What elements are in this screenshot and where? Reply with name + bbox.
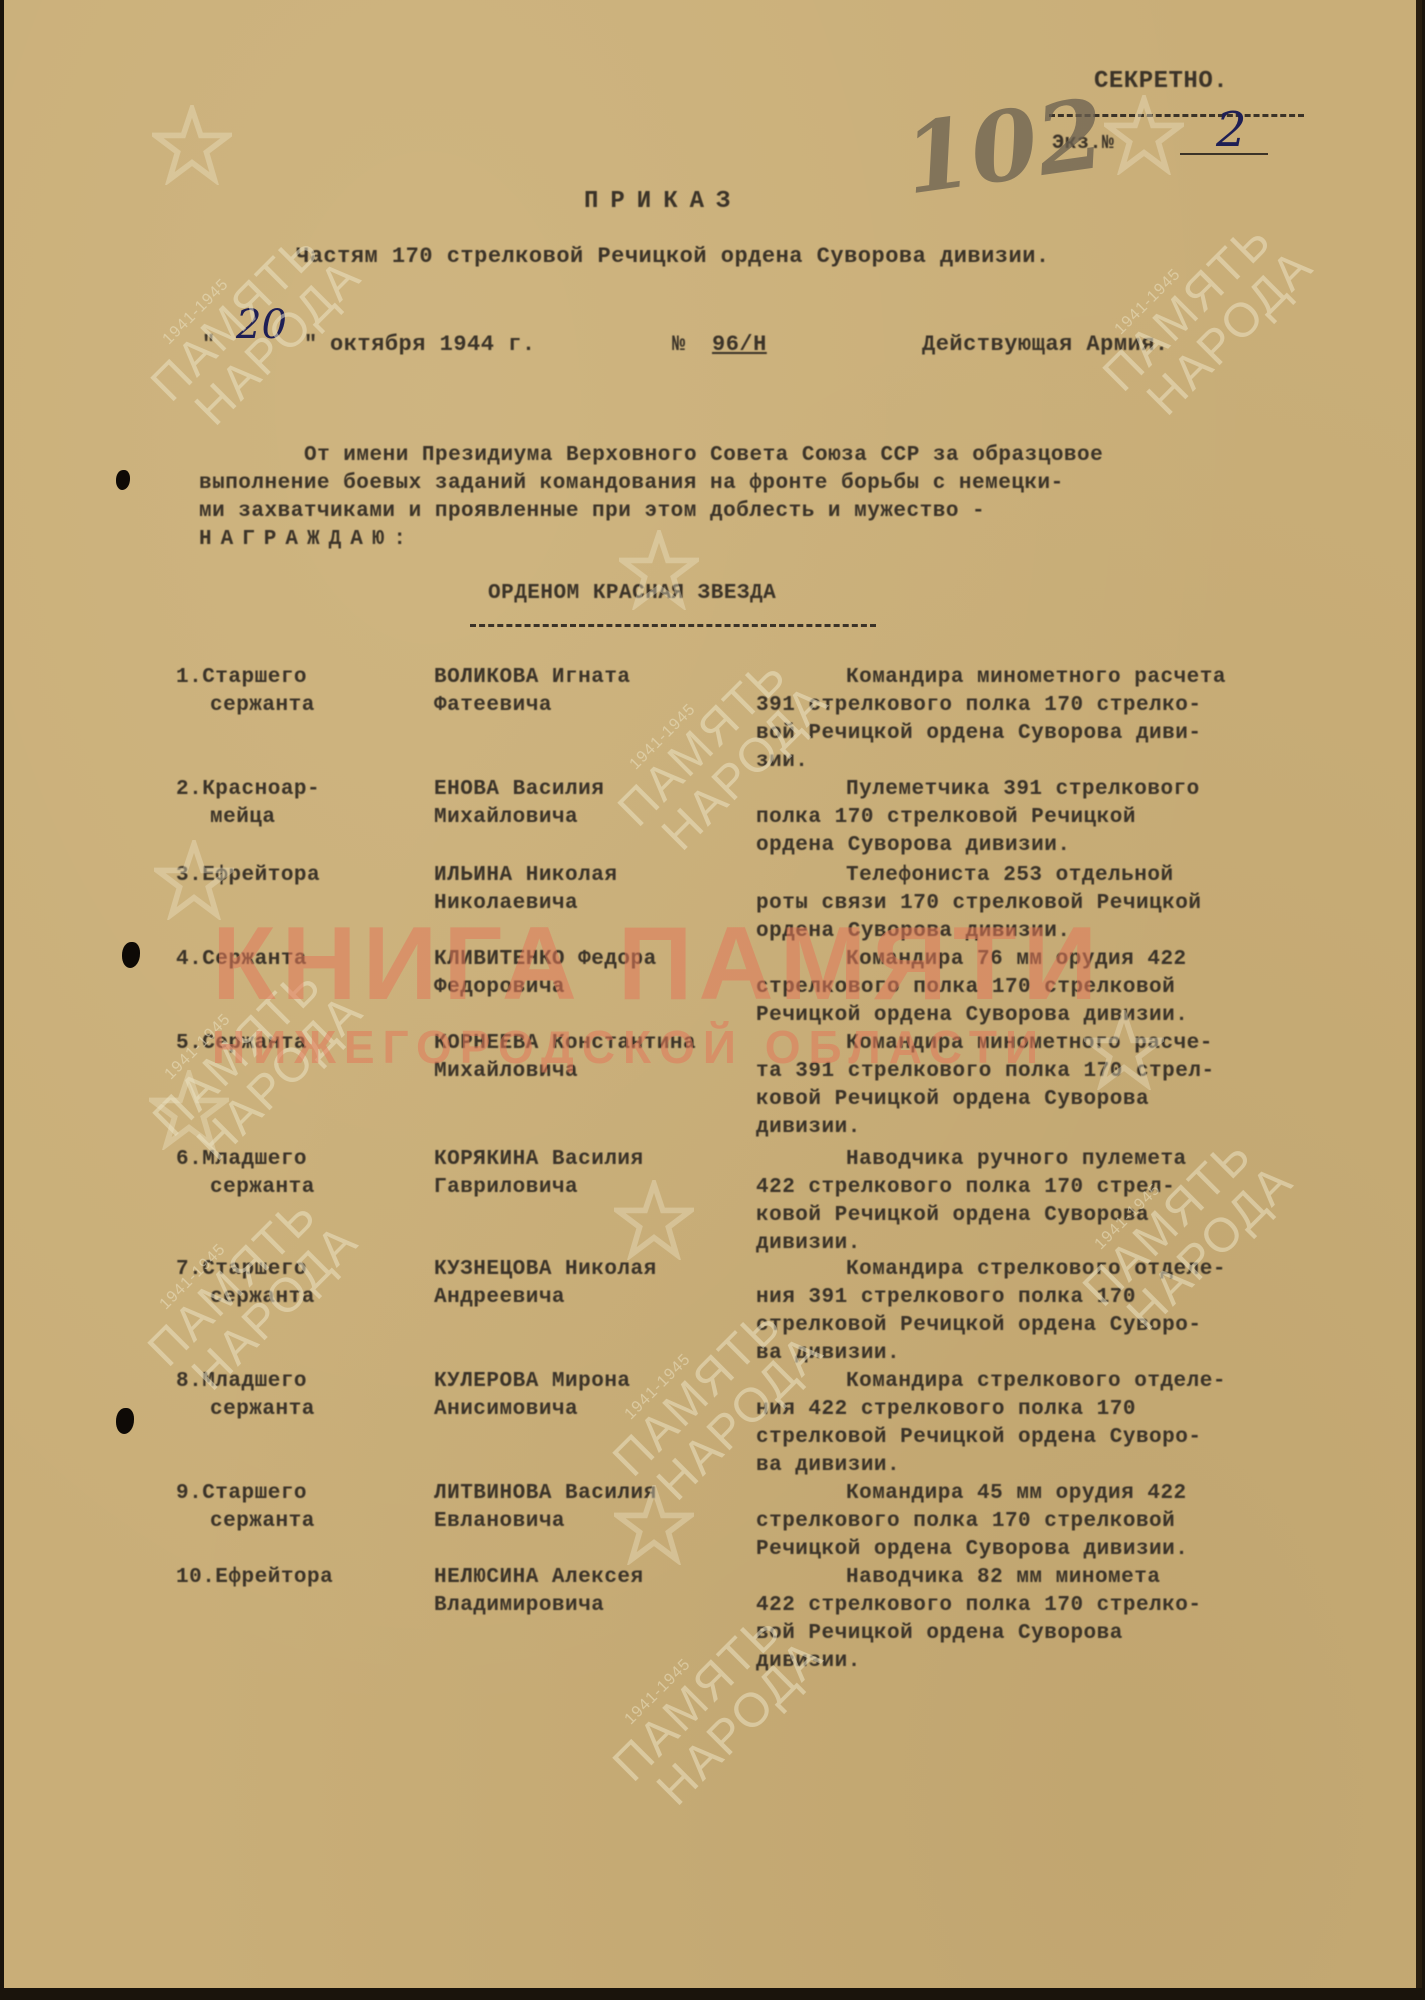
watermark-star-icon (149, 1070, 229, 1150)
recipient-name-line: ИЛЬИНА Николая (434, 862, 764, 890)
punch-hole (116, 470, 130, 490)
watermark-pamyat-naroda: 1941-1945ПАМЯТЬНАРОДА (1084, 196, 1322, 434)
copy-number: 2 (1216, 102, 1247, 158)
recipient-name-line: Николаевича (434, 890, 764, 918)
recipient-rank-line: 1.Старшего (176, 664, 396, 692)
preamble-line-3: ми захватчиками и проявленные при этом д… (199, 500, 985, 523)
recipient-description-line: полка 170 стрелковой Речицкой (756, 804, 1356, 832)
order-subtitle: Частям 170 стрелковой Речицкой ордена Су… (296, 244, 1050, 269)
order-title: ПРИКАЗ (584, 188, 742, 215)
recipient-name-line: Евлановича (434, 1508, 764, 1536)
recipient-name-line: Гавриловича (434, 1174, 764, 1202)
recipient-description-line: стрелкового полка 170 стрелковой (756, 974, 1356, 1002)
watermark-star-icon (614, 1180, 694, 1260)
recipient-description-line: Наводчика 82 мм миномета (756, 1564, 1356, 1592)
recipient-description: Командира 45 мм орудия 422стрелкового по… (756, 1480, 1356, 1564)
recipient-description: Командира минометного расче-та 391 стрел… (756, 1030, 1356, 1142)
recipient-rank-line: сержанта (176, 1508, 396, 1536)
archive-page-number: 102 (897, 77, 1111, 217)
order-number-label: № (672, 332, 686, 357)
recipient-name-line: Федоровича (434, 974, 764, 1002)
recipient-description-line: 422 стрелкового полка 170 стрелко- (756, 1592, 1356, 1620)
recipient-name-line: Фатеевича (434, 692, 764, 720)
recipient-description-line: ния 391 стрелкового полка 170 (756, 1284, 1356, 1312)
recipient-name: КУЛЕРОВА МиронаАнисимовича (434, 1368, 764, 1424)
recipient-name-line: КОРЯКИНА Василия (434, 1146, 764, 1174)
recipient-description: Командира стрелкового отделе-ния 391 стр… (756, 1256, 1356, 1368)
award-verb: НАГРАЖДАЮ: (199, 528, 415, 551)
preamble-line-2: выполнение боевых заданий командования н… (199, 472, 1064, 495)
recipient-description: Командира минометного расчета391 стрелко… (756, 664, 1356, 776)
recipient-description: Наводчика 82 мм миномета422 стрелкового … (756, 1564, 1356, 1676)
recipient-description-line: вой Речицкой ордена Суворова (756, 1620, 1356, 1648)
watermark-text: 1941-1945 (1112, 196, 1254, 338)
watermark-text: ПАМЯТЬ (1095, 208, 1288, 401)
recipient-description-line: ковой Речицкой ордена Суворова (756, 1202, 1356, 1230)
recipient-rank-line: мейца (176, 804, 396, 832)
recipient-rank: 1.Старшегосержанта (176, 664, 396, 720)
recipient-name-line: КУЛЕРОВА Мирона (434, 1368, 764, 1396)
recipient-rank-line (176, 974, 396, 1002)
recipient-description-line: Командира 45 мм орудия 422 (756, 1480, 1356, 1508)
recipient-description-line: 391 стрелкового полка 170 стрелко- (756, 692, 1356, 720)
recipient-description-line: зии. (756, 748, 1356, 776)
recipient-rank-line: сержанта (176, 1284, 396, 1312)
recipient-rank: 9.Старшегосержанта (176, 1480, 396, 1536)
recipient-name: ЛИТВИНОВА ВасилияЕвлановича (434, 1480, 764, 1536)
recipient-rank-line: сержанта (176, 692, 396, 720)
recipient-description: Телефониста 253 отдельнойроты связи 170 … (756, 862, 1356, 946)
recipient-rank-line: 8.Младшего (176, 1368, 396, 1396)
punch-hole (122, 942, 140, 968)
recipient-description-line: стрелковой Речицкой ордена Суворо- (756, 1312, 1356, 1340)
recipient-rank-line: 2.Красноар- (176, 776, 396, 804)
recipient-description-line: дивизии. (756, 1230, 1356, 1258)
document-page: СЕКРЕТНО. Экз.№ 2 102 ПРИКАЗ Частям 170 … (4, 0, 1422, 1988)
recipient-name-line: ЕНОВА Василия (434, 776, 764, 804)
recipient-description-line: Телефониста 253 отдельной (756, 862, 1356, 890)
award-underline (470, 624, 876, 627)
recipient-description-line: та 391 стрелкового полка 170 стрел- (756, 1058, 1356, 1086)
recipient-name: ИЛЬИНА НиколаяНиколаевича (434, 862, 764, 918)
recipient-name-line: ВОЛИКОВА Игната (434, 664, 764, 692)
recipient-description-line: Речицкой ордена Суворова дивизии. (756, 1536, 1356, 1564)
recipient-description-line: Командира стрелкового отделе- (756, 1368, 1356, 1396)
recipient-description-line: Командира минометного расче- (756, 1030, 1356, 1058)
recipient-name-line: Анисимовича (434, 1396, 764, 1424)
recipient-name: ЕНОВА ВасилияМихайловича (434, 776, 764, 832)
recipient-description-line: Речицкой ордена Суворова дивизии. (756, 1002, 1356, 1030)
recipient-description-line: ва дивизии. (756, 1340, 1356, 1368)
recipient-rank: 6.Младшегосержанта (176, 1146, 396, 1202)
recipient-name-line: Михайловича (434, 804, 764, 832)
recipient-name: КУЗНЕЦОВА НиколаяАндреевича (434, 1256, 764, 1312)
recipient-description-line: вой Речицкой ордена Суворова диви- (756, 720, 1356, 748)
recipient-name-line: КЛИВИТЕНКО Федора (434, 946, 764, 974)
recipient-description: Пулеметчика 391 стрелковогополка 170 стр… (756, 776, 1356, 860)
recipient-description-line: стрелкового полка 170 стрелковой (756, 1508, 1356, 1536)
recipient-rank-line (176, 1592, 396, 1620)
recipient-rank-line: 10.Ефрейтора (176, 1564, 396, 1592)
recipient-rank: 2.Красноар-мейца (176, 776, 396, 832)
watermark-star-icon (619, 530, 699, 610)
recipient-description-line: Пулеметчика 391 стрелкового (756, 776, 1356, 804)
recipient-description-line: дивизии. (756, 1114, 1356, 1142)
recipient-description-line: 422 стрелкового полка 170 стрел- (756, 1174, 1356, 1202)
recipient-name-line: Владимировича (434, 1592, 764, 1620)
recipient-name-line: Андреевича (434, 1284, 764, 1312)
recipient-rank-line: 6.Младшего (176, 1146, 396, 1174)
recipient-rank-line: 7.Старшего (176, 1256, 396, 1284)
recipient-description-line: стрелковой Речицкой ордена Суворо- (756, 1424, 1356, 1452)
recipient-rank-line: 5.Сержанта (176, 1030, 396, 1058)
watermark-star-icon (152, 105, 232, 185)
recipient-description-line: ковой Речицкой ордена Суворова (756, 1086, 1356, 1114)
recipient-description-line: ва дивизии. (756, 1452, 1356, 1480)
watermark-star-icon (1104, 95, 1184, 175)
recipient-rank-line: 9.Старшего (176, 1480, 396, 1508)
date-day: 20 (236, 302, 287, 348)
recipient-description-line: ордена Суворова дивизии. (756, 918, 1356, 946)
recipient-name: КОРЯКИНА ВасилияГавриловича (434, 1146, 764, 1202)
recipient-description-line: Командира минометного расчета (756, 664, 1356, 692)
recipient-name: НЕЛЮСИНА АлексеяВладимировича (434, 1564, 764, 1620)
recipient-rank-line: сержанта (176, 1396, 396, 1424)
recipient-name-line: КУЗНЕЦОВА Николая (434, 1256, 764, 1284)
recipient-name-line: Михайловича (434, 1058, 764, 1086)
recipient-description: Командира 76 мм орудия 422стрелкового по… (756, 946, 1356, 1030)
punch-hole (116, 1408, 134, 1434)
recipient-name-line: НЕЛЮСИНА Алексея (434, 1564, 764, 1592)
date-month-year: октября 1944 г. (330, 332, 536, 357)
recipient-name: КОРНЕЕВА КонстантинаМихайловича (434, 1030, 764, 1086)
location: Действующая Армия. (922, 332, 1169, 357)
date-open-quote: " (202, 332, 216, 357)
recipient-name: КЛИВИТЕНКО ФедораФедоровича (434, 946, 764, 1002)
classification-label: СЕКРЕТНО. (1094, 68, 1228, 95)
recipient-description-line: роты связи 170 стрелковой Речицкой (756, 890, 1356, 918)
recipient-description: Командира стрелкового отделе-ния 422 стр… (756, 1368, 1356, 1480)
recipient-rank: 4.Сержанта (176, 946, 396, 1002)
recipient-description-line: ния 422 стрелкового полка 170 (756, 1396, 1356, 1424)
preamble-line-1: От имени Президиума Верховного Совета Со… (304, 444, 1103, 467)
watermark-star-icon (1084, 1010, 1164, 1090)
watermark-star-icon (614, 1485, 694, 1565)
recipient-rank-line: сержанта (176, 1174, 396, 1202)
recipient-name: ВОЛИКОВА ИгнатаФатеевича (434, 664, 764, 720)
recipient-description-line: Командира стрелкового отделе- (756, 1256, 1356, 1284)
watermark-star-icon (154, 840, 234, 920)
recipient-description-line: ордена Суворова дивизии. (756, 832, 1356, 860)
recipient-description: Наводчика ручного пулемета422 стрелковог… (756, 1146, 1356, 1258)
recipient-rank: 10.Ефрейтора (176, 1564, 396, 1620)
recipient-description-line: Командира 76 мм орудия 422 (756, 946, 1356, 974)
recipient-rank: 8.Младшегосержанта (176, 1368, 396, 1424)
recipient-description-line: дивизии. (756, 1648, 1356, 1676)
recipient-name-line: ЛИТВИНОВА Василия (434, 1480, 764, 1508)
recipient-rank: 7.Старшегосержанта (176, 1256, 396, 1312)
date-close-quote: " (304, 332, 318, 357)
recipient-description-line: Наводчика ручного пулемета (756, 1146, 1356, 1174)
order-number: 96/Н (712, 332, 767, 357)
recipient-name-line: КОРНЕЕВА Константина (434, 1030, 764, 1058)
recipient-rank-line: 4.Сержанта (176, 946, 396, 974)
